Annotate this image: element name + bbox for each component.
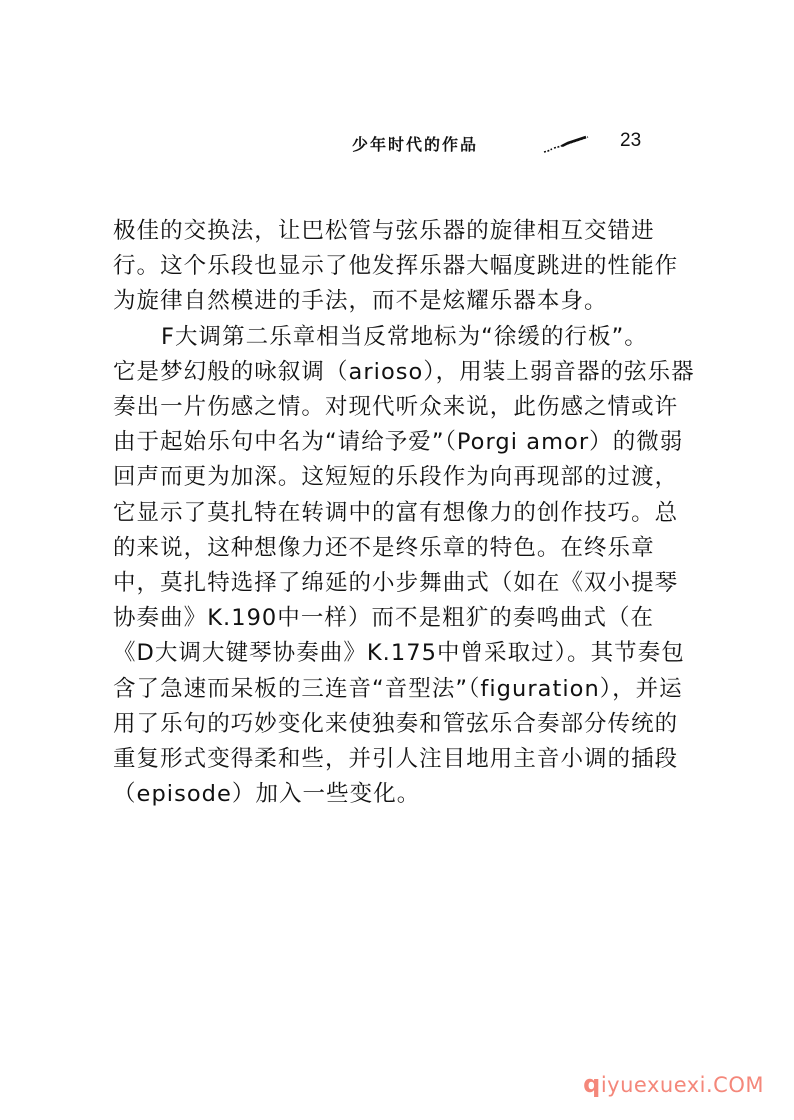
text-line: 奏出一片伤感之情。对现代听众来说，此伤感之情或许 [113, 390, 689, 425]
text-line: 《D大调大键琴协奏曲》K.175中曾采取过）。其节奏包 [113, 636, 689, 671]
watermark-logo-letter: q [583, 1070, 601, 1098]
text-line: 中，莫扎特选择了绵延的小步舞曲式（如在《双小提琴 [113, 566, 689, 601]
flourish-ornament-icon [542, 134, 592, 154]
body-text: 极佳的交换法，让巴松管与弦乐器的旋律相互交错进 行。这个乐段也显示了他发挥乐器大… [113, 214, 689, 812]
text-line: 行。这个乐段也显示了他发挥乐器大幅度跳进的性能作 [113, 249, 689, 284]
text-line: 用了乐句的巧妙变化来使独奏和管弦乐合奏部分传统的 [113, 707, 689, 742]
text-line: 重复形式变得柔和些，并引人注目地用主音小调的插段 [113, 742, 689, 777]
text-line: 的来说，这种想像力还不是终乐章的特色。在终乐章 [113, 531, 689, 566]
paragraph-2: F大调第二乐章相当反常地标为“徐缓的行板”。 它是梦幻般的咏叙调（arioso）… [113, 320, 689, 813]
text-line: 由于起始乐句中名为“请给予爱”（Porgi amor）的微弱 [113, 425, 689, 460]
text-line: 协奏曲》K.190中一样）而不是粗犷的奏鸣曲式（在 [113, 601, 689, 636]
site-watermark: qiyuexuexi.COM [583, 1070, 764, 1098]
text-line: 为旋律自然模进的手法，而不是炫耀乐器本身。 [113, 284, 689, 319]
text-line: 极佳的交换法，让巴松管与弦乐器的旋律相互交错进 [113, 214, 689, 249]
text-line: 它显示了莫扎特在转调中的富有想像力的创作技巧。总 [113, 496, 689, 531]
running-header: 少年时代的作品 23 [352, 130, 652, 160]
text-line: 它是梦幻般的咏叙调（arioso），用装上弱音器的弦乐器 [113, 355, 689, 390]
watermark-text: iyuexuexi.COM [601, 1073, 764, 1097]
chapter-title: 少年时代的作品 [352, 132, 478, 155]
text-line: 含了急速而呆板的三连音“音型法”（figuration），并运 [113, 672, 689, 707]
page-number: 23 [620, 130, 641, 152]
text-line: （episode）加入一些变化。 [113, 777, 689, 812]
paragraph-1: 极佳的交换法，让巴松管与弦乐器的旋律相互交错进 行。这个乐段也显示了他发挥乐器大… [113, 214, 689, 320]
text-line: 回声而更为加深。这短短的乐段作为向再现部的过渡， [113, 460, 689, 495]
text-line: F大调第二乐章相当反常地标为“徐缓的行板”。 [113, 320, 689, 355]
